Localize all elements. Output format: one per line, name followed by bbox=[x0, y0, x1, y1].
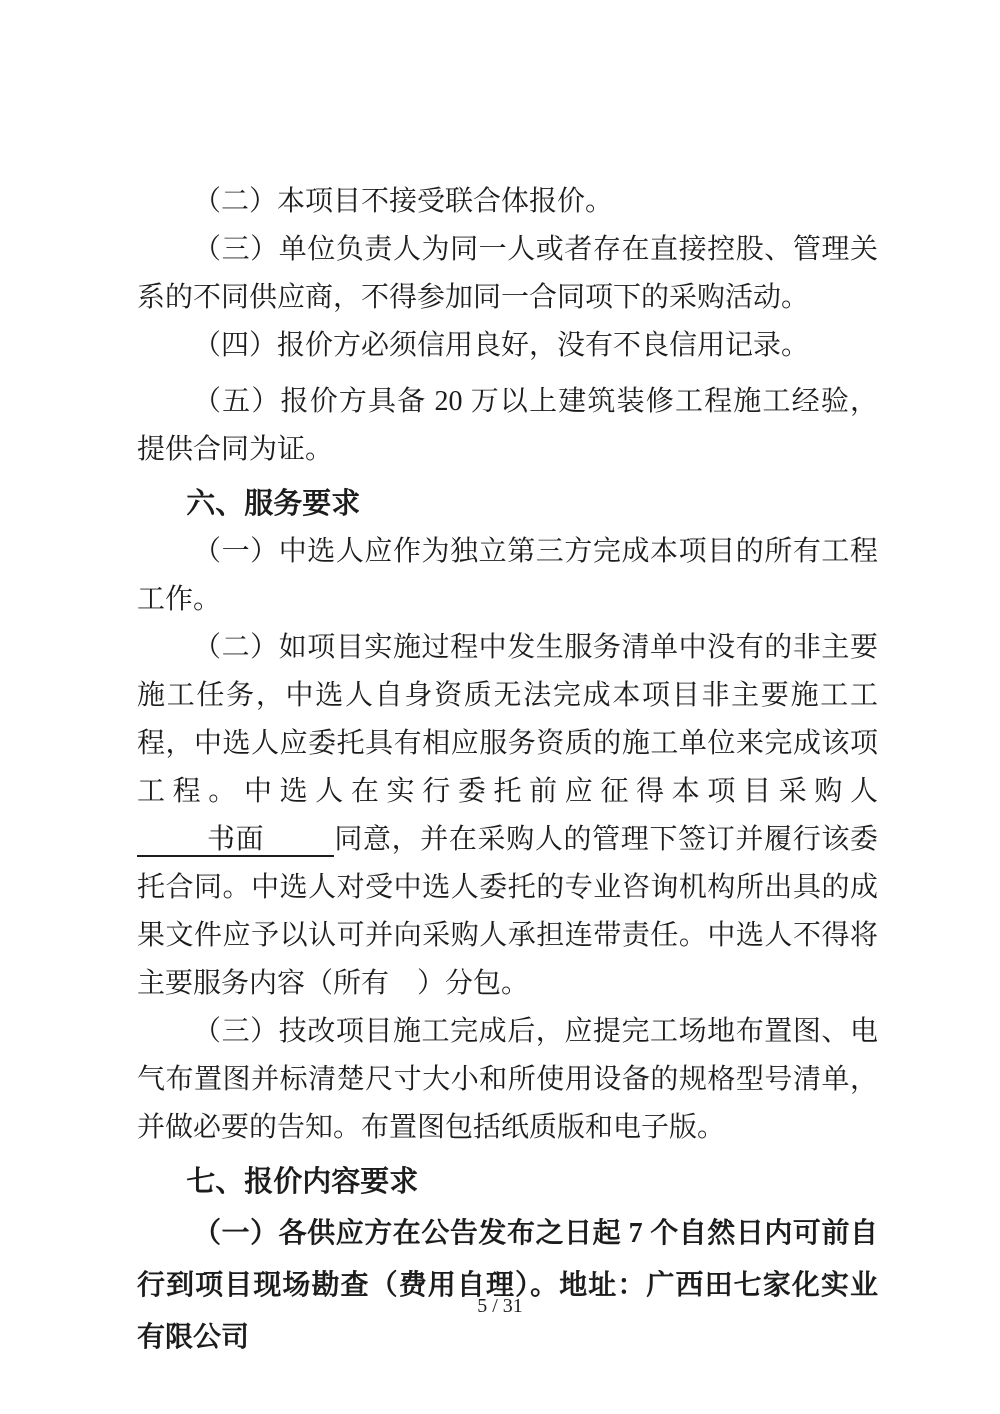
paragraph-good-credit: （四）报价方必须信用良好，没有不良信用记录。 bbox=[137, 322, 878, 370]
delegation-text-before-blank: （二）如项目实施过程中发生服务清单中没有的非主要施工任务，中选人自身资质无法完成… bbox=[137, 632, 878, 807]
paragraph-independent-third-party: （一）中选人应作为独立第三方完成本项目的所有工程工作。 bbox=[137, 528, 878, 624]
fill-in-blank-underline: 书面 bbox=[137, 824, 334, 857]
paragraph-delegation-rules: （二）如项目实施过程中发生服务清单中没有的非主要施工任务，中选人自身资质无法完成… bbox=[137, 624, 878, 1008]
paragraph-construction-experience: （五）报价方具备 20 万以上建筑装修工程施工经验，提供合同为证。 bbox=[137, 378, 878, 474]
section-heading-quotation-requirements: 七、报价内容要求 bbox=[137, 1158, 878, 1206]
document-page: （二）本项目不接受联合体报价。 （三）单位负责人为同一人或者存在直接控股、管理关… bbox=[0, 0, 1000, 1414]
paragraph-completion-layout-drawings: （三）技改项目施工完成后，应提完工场地布置图、电气布置图并标清楚尺寸大小和所使用… bbox=[137, 1008, 878, 1152]
paragraph-same-responsible-person: （三）单位负责人为同一人或者存在直接控股、管理关系的不同供应商，不得参加同一合同… bbox=[137, 226, 878, 322]
blank-fill-text: 书面 bbox=[207, 824, 264, 855]
section-heading-service-requirements: 六、服务要求 bbox=[137, 480, 878, 528]
paragraph-site-survey: （一）各供应方在公告发布之日起 7 个自然日内可前自行到项目现场勘查（费用自理）… bbox=[137, 1208, 878, 1364]
page-number: 5 / 31 bbox=[0, 1292, 1000, 1320]
paragraph-no-consortium-bid: （二）本项目不接受联合体报价。 bbox=[137, 178, 878, 226]
